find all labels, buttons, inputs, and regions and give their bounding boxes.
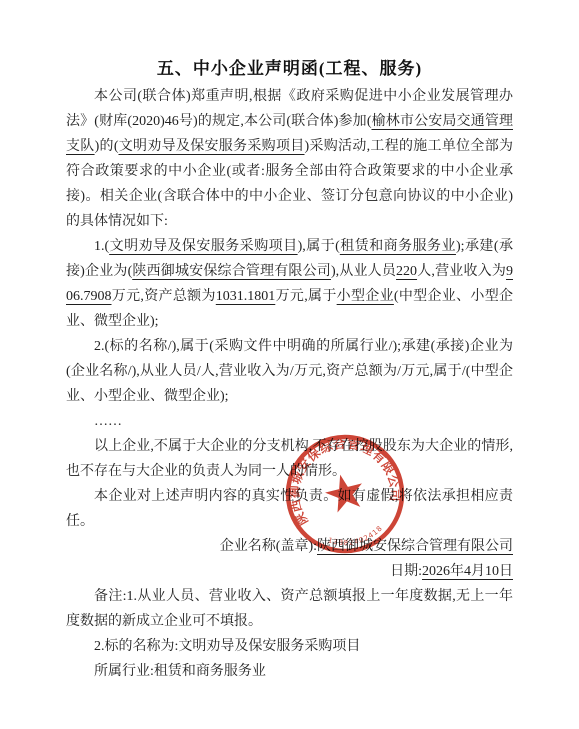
text-run: 万元,属于 xyxy=(275,289,336,304)
underlined-field: 2026年4月10日 xyxy=(422,564,513,579)
paragraph: 备注:1.从业人员、营业收入、资产总额填报上一年度数据,无上一年度数据的新成立企… xyxy=(66,584,513,634)
text-run: 企业名称(盖章): xyxy=(220,539,317,554)
underlined-field: 陕西御城安保综合管理有限公司 xyxy=(132,264,331,279)
text-run: 2.(标的名称/),属于(采购文件中明确的所属行业/);承建(承接)企业为(企业… xyxy=(66,339,513,404)
text-run: 2.标的名称为:文明劝导及保安服务采购项目 xyxy=(94,639,360,654)
underlined-field: 220 xyxy=(396,264,417,279)
text-run: 本企业对上述声明内容的真实性负责。如有虚假,将依法承担相应责任。 xyxy=(66,489,513,529)
paragraph: 1.(文明劝导及保安服务采购项目),属于(租赁和商务服务业);承建(承接)企业为… xyxy=(66,234,513,334)
paragraph: 企业名称(盖章):陕西御城安保综合管理有限公司 xyxy=(66,534,513,559)
paragraph: 2.(标的名称/),属于(采购文件中明确的所属行业/);承建(承接)企业为(企业… xyxy=(66,334,513,409)
text-run: 所属行业:租赁和商务服务业 xyxy=(94,664,266,679)
underlined-field: 文明劝导及保安服务采购项目 xyxy=(118,139,304,154)
document-body: 本公司(联合体)郑重声明,根据《政府采购促进中小企业发展管理办法》(财库(202… xyxy=(66,84,513,684)
paragraph: 以上企业,不属于大企业的分支机构,不存在控股股东为大企业的情形,也不存在与大企业… xyxy=(66,434,513,484)
document-title: 五、中小企业声明函(工程、服务) xyxy=(0,54,579,79)
underlined-field: 文明劝导及保安服务采购项目 xyxy=(109,239,297,254)
text-run: 备注:1.从业人员、营业收入、资产总额填报上一年度数据,无上一年度数据的新成立企… xyxy=(66,589,513,629)
underlined-field: 陕西御城安保综合管理有限公司 xyxy=(317,539,513,554)
underlined-field: 租赁和商务服务业 xyxy=(340,239,456,254)
text-run: )的( xyxy=(95,139,119,154)
text-run: ),从业人员 xyxy=(331,264,396,279)
paragraph: …… xyxy=(66,409,513,434)
text-run: 以上企业,不属于大企业的分支机构,不存在控股股东为大企业的情形,也不存在与大企业… xyxy=(66,439,513,479)
text-run: 人,营业收入为 xyxy=(417,264,506,279)
text-run: …… xyxy=(94,414,122,429)
paragraph: 本公司(联合体)郑重声明,根据《政府采购促进中小企业发展管理办法》(财库(202… xyxy=(66,84,513,234)
paragraph: 日期:2026年4月10日 xyxy=(66,559,513,584)
text-run: 日期: xyxy=(390,564,422,579)
paragraph: 2.标的名称为:文明劝导及保安服务采购项目 xyxy=(66,634,513,659)
paragraph: 所属行业:租赁和商务服务业 xyxy=(66,659,513,684)
underlined-field: 小型企业 xyxy=(337,289,394,304)
document-page: 五、中小企业声明函(工程、服务) 本公司(联合体)郑重声明,根据《政府采购促进中… xyxy=(0,0,579,729)
text-run: 1.( xyxy=(94,239,109,254)
paragraph: 本企业对上述声明内容的真实性负责。如有虚假,将依法承担相应责任。 xyxy=(66,484,513,534)
text-run: 万元,资产总额为 xyxy=(112,289,216,304)
text-run: ),属于( xyxy=(298,239,340,254)
underlined-field: 1031.1801 xyxy=(216,289,276,304)
